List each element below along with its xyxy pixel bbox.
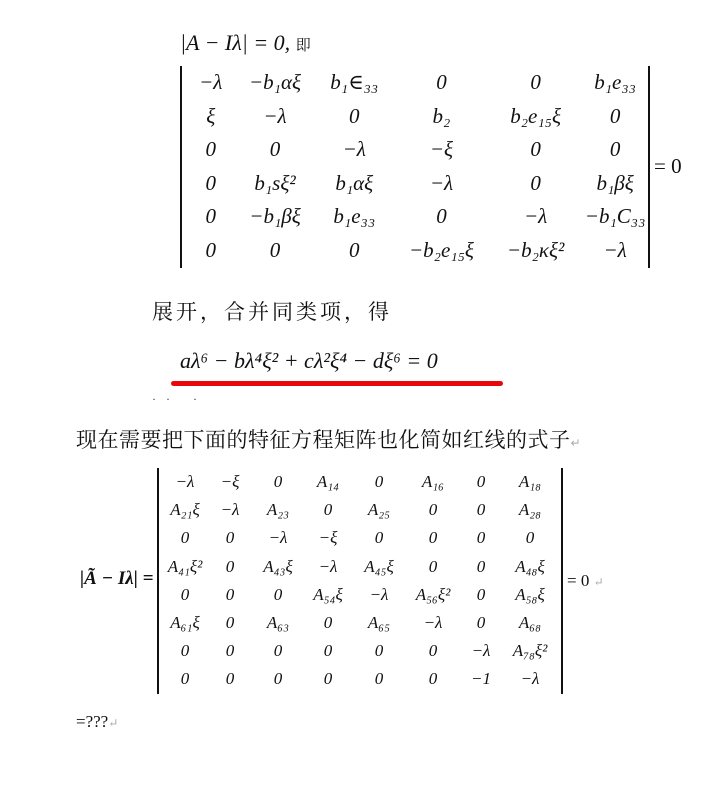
polynomial-text: aλ⁶ − bλ⁴ξ² + cλ²ξ⁴ − dξ⁶ = 0	[180, 348, 438, 373]
matrix-cell: 0	[163, 524, 207, 552]
paragraph-mark-icon: ↵	[594, 575, 604, 589]
matrix-cell: 0	[207, 665, 253, 693]
matrix-cell: 0	[353, 665, 405, 693]
title-suffix: 即	[296, 36, 311, 54]
matrix-cell: −1	[461, 665, 501, 693]
matrix-cell: −λ	[461, 637, 501, 665]
paragraph-mark-icon: ↵	[571, 436, 582, 450]
matrix-cell: 0	[317, 234, 392, 268]
matrix-cell: 0	[461, 524, 501, 552]
matrix-cell: 0	[461, 581, 501, 609]
matrix-cell: 0	[163, 581, 207, 609]
matrix-cell: 0	[233, 133, 316, 167]
matrix-row: A₂₁ξ−λA₂₃0A₂₅00A₂₈	[163, 496, 559, 524]
matrix-cell: 0	[501, 524, 559, 552]
matrix-cell: A₅₆ξ²	[405, 581, 461, 609]
equals-text: = 0	[567, 571, 589, 590]
determinant-left-bar	[157, 468, 159, 694]
matrix-cell: A₆₈	[501, 609, 559, 637]
matrix-cell: 0	[317, 100, 392, 134]
matrix-cell: −λ	[491, 200, 580, 234]
matrix-cell: 0	[303, 496, 353, 524]
matrix-row: A₄₁ξ²0A₄₃ξ−λA₄₅ξ00A₄₈ξ	[163, 553, 559, 581]
matrix-cell: b₁αξ	[317, 167, 392, 201]
matrix-cell: 0	[491, 167, 580, 201]
matrix-cell: 0	[163, 637, 207, 665]
matrix-cell: 0	[461, 496, 501, 524]
top-matrix: −λ−b₁αξb₁∈₃₃00b₁e₃₃ξ−λ0b₂b₂e₁₅ξ000−λ−ξ00…	[188, 66, 650, 267]
matrix-cell: −λ	[353, 581, 405, 609]
matrix-cell: −b₁βξ	[233, 200, 316, 234]
matrix-cell: 0	[188, 167, 233, 201]
matrix-row: −λ−b₁αξb₁∈₃₃00b₁e₃₃	[188, 66, 650, 100]
matrix-row: 000000−1−λ	[163, 665, 559, 693]
matrix-cell: A₂₁ξ	[163, 496, 207, 524]
matrix-cell: A₅₈ξ	[501, 581, 559, 609]
matrix-cell: A₄₅ξ	[353, 553, 405, 581]
matrix-cell: b₁e₃₃	[317, 200, 392, 234]
matrix-cell: A₂₈	[501, 496, 559, 524]
matrix-cell: −ξ	[392, 133, 491, 167]
bottom-determinant: −λ−ξ0A₁₄0A₁₆0A₁₈A₂₁ξ−λA₂₃0A₂₅00A₂₈00−λ−ξ…	[157, 468, 563, 694]
expand-text: 展开，合并同类项，得	[152, 296, 392, 326]
matrix-cell: 0	[392, 200, 491, 234]
matrix-cell: A₂₃	[253, 496, 303, 524]
matrix-row: 000A₅₄ξ−λA₅₆ξ²0A₅₈ξ	[163, 581, 559, 609]
top-equals-zero: = 0	[654, 154, 682, 179]
matrix-cell: 0	[207, 553, 253, 581]
matrix-cell: 0	[207, 609, 253, 637]
determinant-left-bar	[180, 66, 182, 268]
matrix-cell: A₇₈ξ²	[501, 637, 559, 665]
matrix-cell: −b₁C₃₃	[580, 200, 650, 234]
lhs-expression: |Ã − Iλ| =	[80, 568, 153, 589]
matrix-cell: 0	[353, 468, 405, 496]
matrix-cell: 0	[253, 665, 303, 693]
matrix-cell: A₄₈ξ	[501, 553, 559, 581]
matrix-cell: 0	[303, 637, 353, 665]
matrix-cell: 0	[461, 609, 501, 637]
question-body: 现在需要把下面的特征方程矩阵也化简如红线的式子	[76, 428, 571, 452]
matrix-row: 000−b₂e₁₅ξ−b₂κξ²−λ	[188, 234, 650, 268]
matrix-cell: A₁₄	[303, 468, 353, 496]
matrix-cell: A₅₄ξ	[303, 581, 353, 609]
matrix-cell: ξ	[188, 100, 233, 134]
matrix-cell: 0	[392, 66, 491, 100]
matrix-cell: 0	[188, 234, 233, 268]
paragraph-mark-icon: ↵	[108, 716, 118, 730]
matrix-cell: 0	[580, 100, 650, 134]
matrix-cell: −λ	[253, 524, 303, 552]
matrix-row: ξ−λ0b₂b₂e₁₅ξ0	[188, 100, 650, 134]
matrix-cell: −λ	[303, 553, 353, 581]
matrix-row: 0b₁sξ²b₁αξ−λ0b₁βξ	[188, 167, 650, 201]
matrix-cell: 0	[303, 665, 353, 693]
matrix-cell: 0	[405, 524, 461, 552]
matrix-cell: −λ	[188, 66, 233, 100]
matrix-cell: 0	[188, 200, 233, 234]
matrix-cell: 0	[580, 133, 650, 167]
matrix-cell: −ξ	[207, 468, 253, 496]
matrix-cell: −λ	[392, 167, 491, 201]
matrix-cell: 0	[207, 524, 253, 552]
matrix-cell: −b₁αξ	[233, 66, 316, 100]
matrix-cell: −λ	[405, 609, 461, 637]
matrix-cell: b₂	[392, 100, 491, 134]
result-text: =???	[76, 712, 108, 731]
question-text: 现在需要把下面的特征方程矩阵也化简如红线的式子↵	[76, 424, 581, 454]
matrix-cell: 0	[461, 553, 501, 581]
matrix-cell: −ξ	[303, 524, 353, 552]
matrix-cell: b₁sξ²	[233, 167, 316, 201]
matrix-cell: 0	[353, 524, 405, 552]
matrix-row: −λ−ξ0A₁₄0A₁₆0A₁₈	[163, 468, 559, 496]
matrix-cell: 0	[253, 581, 303, 609]
cut-off-text: ·· ·	[152, 392, 207, 407]
matrix-cell: A₆₁ξ	[163, 609, 207, 637]
matrix-cell: A₆₃	[253, 609, 303, 637]
matrix-cell: b₁βξ	[580, 167, 650, 201]
bottom-matrix: −λ−ξ0A₁₄0A₁₆0A₁₈A₂₁ξ−λA₂₃0A₂₅00A₂₈00−λ−ξ…	[163, 468, 559, 694]
matrix-cell: 0	[253, 468, 303, 496]
top-equation-title: |A − Iλ| = 0, 即	[180, 30, 311, 56]
matrix-cell: A₂₅	[353, 496, 405, 524]
matrix-cell: 0	[491, 133, 580, 167]
matrix-cell: 0	[163, 665, 207, 693]
matrix-cell: 0	[353, 637, 405, 665]
matrix-cell: 0	[207, 581, 253, 609]
matrix-cell: A₁₆	[405, 468, 461, 496]
matrix-cell: 0	[405, 637, 461, 665]
matrix-cell: b₁e₃₃	[580, 66, 650, 100]
title-math: |A − Iλ| = 0,	[180, 30, 290, 55]
matrix-cell: b₁∈₃₃	[317, 66, 392, 100]
matrix-cell: 0	[188, 133, 233, 167]
bottom-lhs: |Ã − Iλ| =	[80, 568, 153, 590]
matrix-row: 000000−λA₇₈ξ²	[163, 637, 559, 665]
top-determinant: −λ−b₁αξb₁∈₃₃00b₁e₃₃ξ−λ0b₂b₂e₁₅ξ000−λ−ξ00…	[180, 66, 650, 268]
matrix-cell: 0	[233, 234, 316, 268]
matrix-row: A₆₁ξ0A₆₃0A₆₅−λ0A₆₈	[163, 609, 559, 637]
matrix-cell: A₄₁ξ²	[163, 553, 207, 581]
matrix-cell: b₂e₁₅ξ	[491, 100, 580, 134]
matrix-cell: A₄₃ξ	[253, 553, 303, 581]
matrix-cell: 0	[207, 637, 253, 665]
matrix-cell: −b₂e₁₅ξ	[392, 234, 491, 268]
determinant-right-bar	[561, 468, 563, 694]
matrix-cell: 0	[491, 66, 580, 100]
result-question: =???↵	[76, 712, 118, 732]
matrix-cell: −λ	[163, 468, 207, 496]
matrix-cell: −λ	[207, 496, 253, 524]
matrix-cell: 0	[405, 553, 461, 581]
matrix-cell: −λ	[233, 100, 316, 134]
matrix-row: 00−λ−ξ00	[188, 133, 650, 167]
matrix-cell: −λ	[580, 234, 650, 268]
red-underline-highlight	[171, 381, 503, 386]
matrix-cell: A₆₅	[353, 609, 405, 637]
matrix-cell: −b₂κξ²	[491, 234, 580, 268]
matrix-cell: 0	[405, 496, 461, 524]
characteristic-polynomial: aλ⁶ − bλ⁴ξ² + cλ²ξ⁴ − dξ⁶ = 0	[180, 348, 438, 374]
bottom-equals-zero: = 0 ↵	[567, 571, 604, 591]
matrix-cell: 0	[303, 609, 353, 637]
matrix-cell: 0	[405, 665, 461, 693]
matrix-row: 0−b₁βξb₁e₃₃0−λ−b₁C₃₃	[188, 200, 650, 234]
matrix-cell: −λ	[501, 665, 559, 693]
matrix-cell: 0	[461, 468, 501, 496]
matrix-row: 00−λ−ξ0000	[163, 524, 559, 552]
matrix-cell: −λ	[317, 133, 392, 167]
matrix-cell: A₁₈	[501, 468, 559, 496]
matrix-cell: 0	[253, 637, 303, 665]
